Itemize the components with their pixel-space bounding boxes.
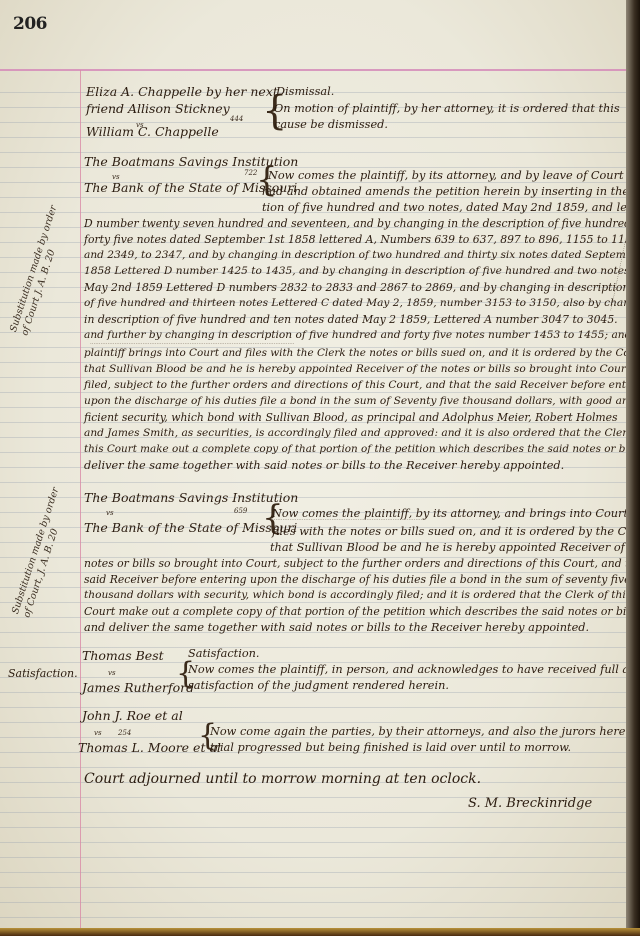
entry-body-line: this Court make out a complete copy of t… bbox=[84, 442, 632, 457]
entry-body-line: filed, subject to the further orders and… bbox=[84, 378, 632, 393]
entry-body-line: notes or bills so brought into Court, su… bbox=[84, 556, 632, 571]
defendant-name: William C. Chappelle bbox=[86, 124, 219, 139]
case-number: 444 bbox=[230, 112, 243, 127]
book-gutter bbox=[626, 0, 640, 936]
case-number: 254 bbox=[118, 726, 131, 741]
versus-mark: vs bbox=[106, 506, 114, 521]
entry-body-line: D number twenty seven hundred and sevent… bbox=[84, 216, 632, 231]
header-rule bbox=[0, 69, 632, 71]
entry-body-line: files with the notes or bills sued on, a… bbox=[272, 524, 632, 539]
entry-body-line: trial progressed but being finished is l… bbox=[210, 740, 571, 755]
entry-body-line: Court make out a complete copy of that p… bbox=[84, 604, 632, 619]
entry-heading: Dismissal. bbox=[276, 84, 334, 99]
entry-body-line: of five hundred and thirteen notes Lette… bbox=[84, 296, 632, 311]
entry-body-line: in description of five hundred and ten n… bbox=[84, 312, 618, 327]
entry-body-line: said Receiver before entering upon the d… bbox=[84, 572, 631, 587]
entry-body-line: and deliver the same together with said … bbox=[84, 620, 589, 635]
entry-body-line: On motion of plaintiff, by her attorney,… bbox=[274, 101, 620, 116]
plaintiff-name-cont: friend Allison Stickney bbox=[86, 101, 230, 116]
plaintiff-name: John J. Roe et al bbox=[82, 708, 183, 723]
interlineation: ........................................… bbox=[272, 516, 426, 522]
margin-note: Satisfaction. bbox=[8, 666, 78, 681]
interlineation: ........................................… bbox=[90, 340, 295, 346]
page-bottom-edge bbox=[0, 928, 640, 936]
entry-body-line: Now comes the plaintiff, by its attorney… bbox=[268, 168, 632, 183]
judge-signature: S. M. Breckinridge bbox=[468, 796, 592, 811]
entry-body-line: ficient security, which bond with Sulliv… bbox=[84, 410, 618, 425]
entry-body-line: and 2349, to 2347, and by changing in de… bbox=[84, 248, 632, 263]
entry-body-line: Now comes the plaintiff, in person, and … bbox=[188, 662, 632, 677]
entry-body-line: upon the discharge of his duties file a … bbox=[84, 394, 632, 409]
plaintiff-name: Thomas Best bbox=[82, 648, 164, 663]
entry-body-line: and James Smith, as securities, is accor… bbox=[84, 426, 632, 441]
plaintiff-name: Eliza A. Chappelle by her next bbox=[86, 84, 278, 99]
entry-body-line: forty five notes dated September 1st 185… bbox=[84, 232, 632, 247]
entry-body-line: 1858 Lettered D number 1425 to 1435, and… bbox=[84, 264, 632, 279]
ledger-page: 206 Eliza A. Chappelle by her next frien… bbox=[0, 0, 632, 930]
entry-body-line: Now come again the parties, by their att… bbox=[210, 724, 632, 739]
case-number: 659 bbox=[234, 504, 247, 519]
margin-rule bbox=[80, 70, 81, 930]
entry-body-line: deliver the same together with said note… bbox=[84, 458, 564, 473]
entry-body-line: that Sullivan Blood be and he is hereby … bbox=[270, 540, 632, 555]
entry-body-line: cause be dismissed. bbox=[274, 117, 388, 132]
versus-mark: vs bbox=[108, 666, 116, 681]
entry-body-line: May 2nd 1859 Lettered D numbers 2832 to … bbox=[84, 280, 629, 295]
entry-body-line: that Sullivan Blood be and he is hereby … bbox=[84, 362, 632, 377]
adjournment-line: Court adjourned until to morrow morning … bbox=[84, 772, 481, 787]
entry-body-line: thousand dollars with security, which bo… bbox=[84, 588, 631, 603]
entry-body-line: had and obtained amends the petition her… bbox=[262, 184, 632, 199]
entry-body-line: plaintiff brings into Court and files wi… bbox=[84, 346, 632, 361]
entry-heading: Satisfaction. bbox=[188, 646, 260, 661]
page-number: 206 bbox=[13, 14, 47, 34]
entry-body-line: satisfaction of the judgment rendered he… bbox=[188, 678, 449, 693]
entry-body-line: tion of five hundred and two notes, date… bbox=[262, 200, 632, 215]
versus-mark: vs bbox=[94, 726, 102, 741]
